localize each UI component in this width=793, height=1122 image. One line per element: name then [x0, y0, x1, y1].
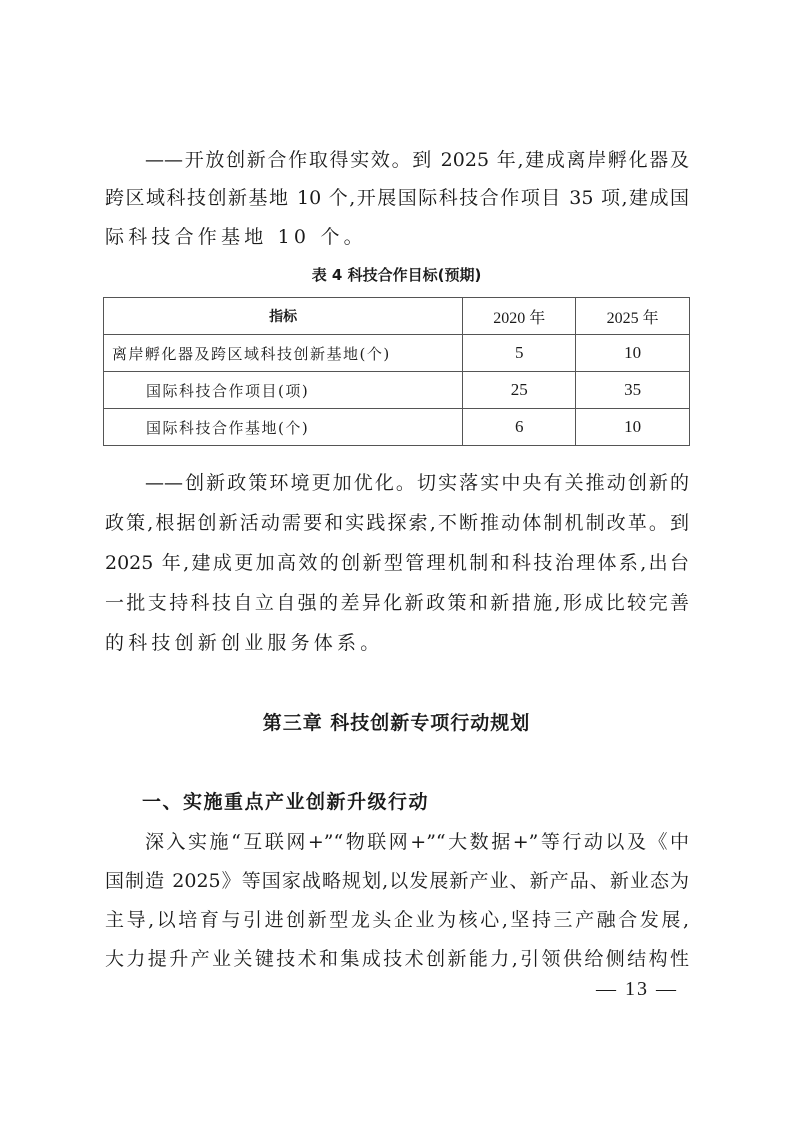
table-row: 国际科技合作项目(项) 25 35	[104, 372, 690, 409]
table-caption: 表 4 科技合作目标(预期)	[0, 264, 793, 286]
row-label: 离岸孵化器及跨区域科技创新基地(个)	[104, 335, 463, 372]
value-2020: 25	[463, 372, 576, 409]
header-2020: 2020 年	[463, 298, 576, 335]
table-row: 国际科技合作基地(个) 6 10	[104, 409, 690, 446]
section-title: 一、实施重点产业创新升级行动	[142, 787, 429, 814]
header-2025: 2025 年	[576, 298, 690, 335]
paragraph-line: 主导,以培育与引进创新型龙头企业为核心,坚持三产融合发展,	[105, 907, 689, 933]
chapter-title: 第三章 科技创新专项行动规划	[0, 708, 793, 735]
value-2020: 5	[463, 335, 576, 372]
paragraph-line: 2025 年,建成更加高效的创新型管理机制和科技治理体系,出台	[105, 550, 689, 576]
paragraph-line: 深入实施“互联网+”“物联网+”“大数据+”等行动以及《中	[145, 829, 689, 855]
header-indicator: 指标	[104, 298, 463, 335]
value-2025: 10	[576, 335, 690, 372]
paragraph-line: 政策,根据创新活动需要和实践探索,不断推动体制机制改革。到	[105, 510, 689, 536]
table-header-row: 指标 2020 年 2025 年	[104, 298, 690, 335]
paragraph-line: ——创新政策环境更加优化。切实落实中央有关推动创新的	[145, 470, 689, 496]
value-2025: 10	[576, 409, 690, 446]
row-label: 国际科技合作项目(项)	[104, 372, 463, 409]
page-number: — 13 —	[596, 978, 678, 1001]
row-label: 国际科技合作基地(个)	[104, 409, 463, 446]
value-2020: 6	[463, 409, 576, 446]
paragraph-line: 国制造 2025》等国家战略规划,以发展新产业、新产品、新业态为	[105, 868, 689, 894]
paragraph-line: 际科技合作基地 10 个。	[105, 224, 689, 250]
paragraph-line: 大力提升产业关键技术和集成技术创新能力,引领供给侧结构性	[105, 946, 689, 972]
value-2025: 35	[576, 372, 690, 409]
paragraph-line: 跨区域科技创新基地 10 个,开展国际科技合作项目 35 项,建成国	[105, 185, 689, 211]
paragraph-line: 一批支持科技自立自强的差异化新政策和新措施,形成比较完善	[105, 590, 689, 616]
cooperation-targets-table: 指标 2020 年 2025 年 离岸孵化器及跨区域科技创新基地(个) 5 10…	[103, 297, 690, 446]
paragraph-line: 的科技创新创业服务体系。	[105, 630, 689, 656]
table-row: 离岸孵化器及跨区域科技创新基地(个) 5 10	[104, 335, 690, 372]
paragraph-line: ——开放创新合作取得实效。到 2025 年,建成离岸孵化器及	[145, 147, 689, 173]
